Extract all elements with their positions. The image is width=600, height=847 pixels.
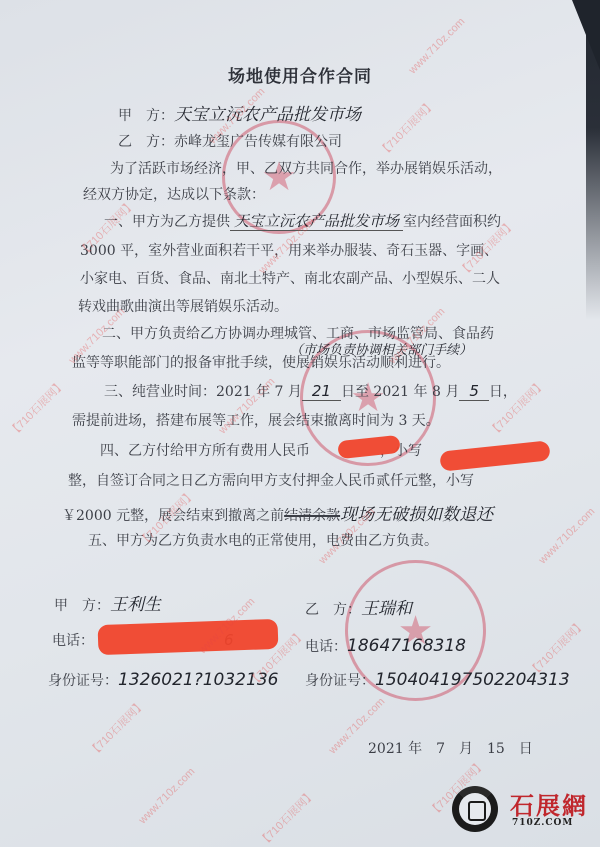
phone-party-b-label: 电话： xyxy=(305,639,347,655)
sign-party-a-signature: 王利生 xyxy=(110,595,161,615)
phone-party-b-value: 18647168318 xyxy=(347,636,466,656)
sign-party-b: 乙 方：王瑞和 xyxy=(305,594,412,619)
clause-3-end-day: 5 xyxy=(459,382,489,401)
intro-line-1: 为了活跃市场经济，甲、乙双方共同合作，举办展销娱乐活动， xyxy=(110,158,502,178)
clause-1-prefix: 一、甲方为乙方提供 xyxy=(104,214,230,230)
clause-4-deposit-text: ￥2000 元整，展会结束到撤离之前 xyxy=(62,508,284,524)
clause-3-line-1: 三、纯营业时间：2021 年 7 月21日至 2021 年 8 月5日， xyxy=(104,381,517,401)
clause-1-line-3: 小家电、百货、食品、南北土特产、南北农副产品、小型娱乐、二人 xyxy=(80,268,500,288)
clause-4-handwritten-note: 现场无破损如数退还 xyxy=(340,505,493,525)
clause-1-line-2: 3000 平，室外营业面积若干平，用来举办服装、奇石玉器、字画、 xyxy=(80,240,498,260)
logo-emblem-icon xyxy=(452,786,498,832)
id-party-a: 身份证号：1326021?1032136 xyxy=(48,670,278,690)
logo-name: 石展網 xyxy=(510,786,588,821)
party-a-line: 甲 方：天宝立沅农产品批发市场 xyxy=(118,100,361,125)
id-party-a-label: 身份证号： xyxy=(48,673,118,689)
clause-5: 五、甲方为乙方负责水电的正常使用，电费由乙方负责。 xyxy=(88,530,438,550)
clause-3-line-2: 需提前进场，搭建布展等工作，展会结束撤离时间为 3 天。 xyxy=(72,410,440,430)
signing-date: 2021 年 7 月 15 日 xyxy=(368,738,533,758)
site-logo: 石展網 710Z.COM xyxy=(452,780,592,840)
clause-1-line-1: 一、甲方为乙方提供天宝立沅农产品批发市场室内经营面积约 xyxy=(104,210,501,231)
party-a-label: 甲 方： xyxy=(118,108,174,124)
clause-1-line-4: 转戏曲歌曲演出等展销娱乐活动。 xyxy=(78,296,288,316)
sign-party-b-signature: 王瑞和 xyxy=(361,599,412,619)
sign-party-a-label: 甲 方： xyxy=(54,598,110,614)
sign-party-a: 甲 方：王利生 xyxy=(54,590,161,615)
clause-2-line-2: 监等等职能部门的报备审批手续，使展销娱乐活动顺利进行。 xyxy=(72,352,450,372)
logo-domain: 710Z.COM xyxy=(512,818,573,828)
clause-3-prefix: 三、纯营业时间：2021 年 7 月 xyxy=(104,384,302,400)
clause-4-prefix: 四、乙方付给甲方所有费用人民币 xyxy=(100,443,310,459)
id-party-b-value: 150404197502204313 xyxy=(375,670,570,690)
redaction-mark-phone xyxy=(98,619,279,655)
party-a-handwritten-name: 天宝立沅农产品批发市场 xyxy=(174,105,361,125)
party-b-line: 乙 方：赤峰龙玺广告传媒有限公司 xyxy=(118,131,342,151)
party-b-label: 乙 方： xyxy=(118,134,174,150)
phone-party-a-label: 电话： xyxy=(52,633,94,649)
clause-3-mid: 日至 2021 年 8 月 xyxy=(341,384,459,400)
clause-4-line-2: 整，自签订合同之日乙方需向甲方支付押金人民币贰仟元整，小写 xyxy=(68,470,474,490)
phone-party-b: 电话：18647168318 xyxy=(305,636,466,656)
sign-party-b-label: 乙 方： xyxy=(305,602,361,618)
party-b-company: 赤峰龙玺广告传媒有限公司 xyxy=(174,134,342,150)
id-party-a-value: 1326021?1032136 xyxy=(118,670,278,690)
clause-4-struck-text: 结清余款 xyxy=(284,508,340,524)
clause-3-suffix: 日， xyxy=(489,384,517,400)
clause-1-suffix: 室内经营面积约 xyxy=(403,214,501,230)
intro-line-2: 经双方协定，达成以下条款： xyxy=(83,184,265,204)
clause-4-line-3: ￥2000 元整，展会结束到撤离之前结清余款现场无破损如数退还 xyxy=(62,500,493,525)
id-party-b: 身份证号：150404197502204313 xyxy=(305,670,570,690)
clause-3-start-day: 21 xyxy=(302,382,341,401)
document-title: 场地使用合作合同 xyxy=(0,62,600,87)
clause-1-handwritten-venue: 天宝立沅农产品批发市场 xyxy=(230,212,403,231)
background-dark-corner xyxy=(572,0,600,70)
id-party-b-label: 身份证号： xyxy=(305,673,375,689)
